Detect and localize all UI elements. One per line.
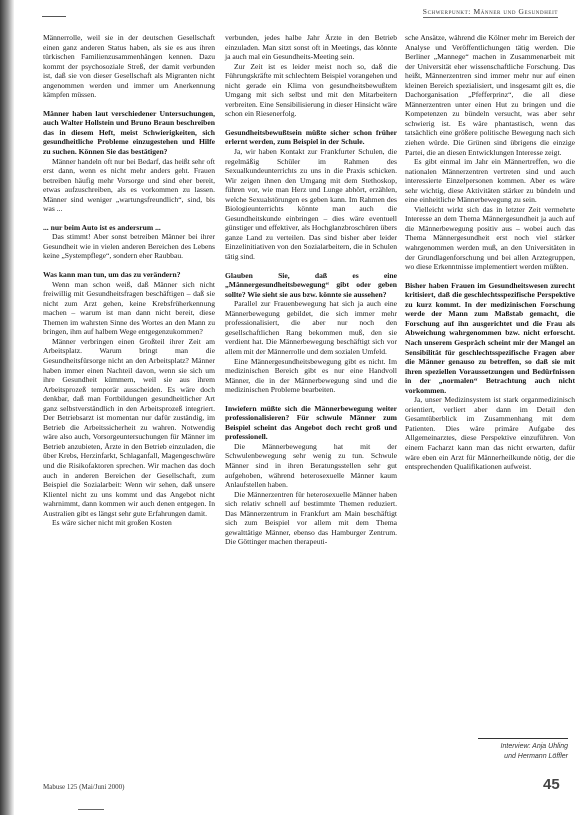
paragraph: sche Ansätze, während die Kölner mehr im… bbox=[405, 33, 575, 157]
paragraph: Die Männerbewegung hat mit der Schwulenb… bbox=[225, 442, 397, 490]
paragraph: Es wäre sicher nicht mit großen Kosten bbox=[43, 518, 215, 528]
interview-question: Bisher haben Frauen im Gesundheitswesen … bbox=[405, 281, 575, 396]
paragraph: Männer handeln oft nur bei Bedarf, das h… bbox=[43, 157, 215, 214]
paragraph: Ja, unser Medizinsystem ist stark organm… bbox=[405, 395, 575, 471]
interview-credit: Interview: Anja Uhling und Hermann Löffl… bbox=[440, 742, 568, 762]
paragraph: Das stimmt! Aber sonst betreiben Männer … bbox=[43, 232, 215, 261]
paragraph: Ja, wir haben Kontakt zur Frankfurter Sc… bbox=[225, 147, 397, 262]
page-number: 45 bbox=[543, 776, 560, 793]
interview-question: Männer haben laut verschiedener Untersuc… bbox=[43, 109, 215, 157]
text-column-2: verbunden, jedes halbe Jahr Ärzte in den… bbox=[225, 33, 397, 547]
text-column-3: sche Ansätze, während die Kölner mehr im… bbox=[405, 33, 575, 472]
credit-line-2: und Hermann Löffler bbox=[440, 752, 568, 762]
top-left-rule bbox=[42, 16, 66, 17]
paragraph: Vielleicht wirkt sich das in letzter Zei… bbox=[405, 205, 575, 272]
bottom-rule bbox=[78, 809, 104, 810]
credit-line-1: Interview: Anja Uhling bbox=[440, 742, 568, 752]
paragraph: Es gibt einmal im Jahr ein Männertreffen… bbox=[405, 157, 575, 205]
paragraph: Wenn man schon weiß, daß Männer sich nic… bbox=[43, 280, 215, 337]
paragraph: Zur Zeit ist es leider meist noch so, da… bbox=[225, 62, 397, 119]
issue-footer: Mabuse 125 (Mai/Juni 2000) bbox=[43, 783, 124, 791]
credit-rule bbox=[478, 738, 568, 739]
text-column-1: Männerrolle, weil sie in der deutschen G… bbox=[43, 33, 215, 528]
interview-question: ... nur beim Auto ist es andersrum ... bbox=[43, 223, 215, 233]
paragraph: verbunden, jedes halbe Jahr Ärzte in den… bbox=[225, 33, 397, 62]
interview-question: Was kann man tun, um das zu verändern? bbox=[43, 270, 215, 280]
paragraph: Die Männerzentren für heterosexuelle Män… bbox=[225, 490, 397, 547]
paragraph: Parallel zur Frauenbewegung hat sich ja … bbox=[225, 299, 397, 356]
running-head: Schwerpunkt: Männer und Gesundheit bbox=[423, 7, 558, 18]
paragraph: Männerrolle, weil sie in der deutschen G… bbox=[43, 33, 215, 100]
interview-question: Inwiefern müßte sich die Männerbewegung … bbox=[225, 404, 397, 442]
paragraph: Männer verbringen einen Großteil ihrer Z… bbox=[43, 337, 215, 518]
interview-question: Glauben Sie, daß es eine „Männergesundhe… bbox=[225, 271, 397, 300]
paragraph: Eine Männergesundheitsbewegung gibt es n… bbox=[225, 357, 397, 395]
page-spine-shadow bbox=[0, 0, 14, 815]
interview-question: Gesundheitsbewußtsein müßte sicher schon… bbox=[225, 128, 397, 147]
